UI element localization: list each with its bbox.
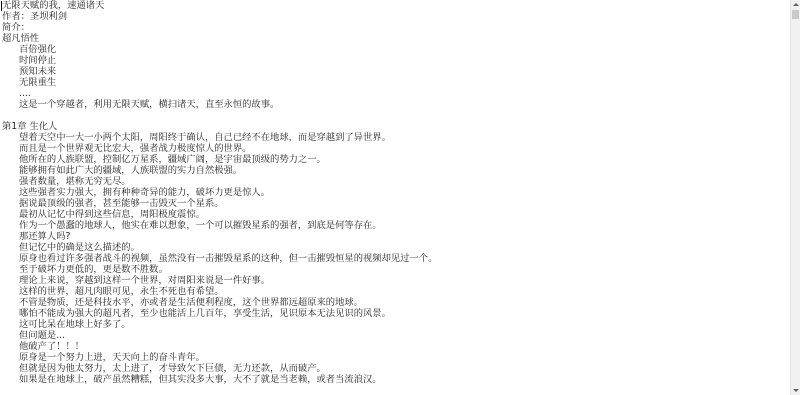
intro-heading: 超凡悟性 — [0, 33, 791, 44]
text-cursor — [1, 1, 2, 11]
paragraph: 但就是因为他太努力，太上进了，才导致欠下巨债，无力还款，从而破产。 — [0, 363, 791, 374]
paragraph: 这可比呆在地球上好多了。 — [0, 319, 791, 330]
paragraph: 强者数量，堪称无穷无尽。 — [0, 176, 791, 187]
paragraph: 但问题是... — [0, 330, 791, 341]
intro-item: 无限重生 — [0, 77, 791, 88]
paragraph: 他所在的人族联盟，控制亿万星系，疆域广阔，是宇宙最顶级的势力之一。 — [0, 154, 791, 165]
intro-item: 预知未来 — [0, 66, 791, 77]
paragraph: 如果是在地球上，破产虽然糟糕，但其实没多大事，大不了就是当老赖，或者当流浪汉。 — [0, 374, 791, 385]
paragraph — [0, 385, 791, 395]
vertical-scrollbar[interactable] — [790, 0, 800, 395]
paragraph: 最初从记忆中得到这些信息，周阳极度震惊。 — [0, 209, 791, 220]
chapter-title: 第1章 生化人 — [0, 121, 791, 132]
paragraph: 但记忆中的确是这么描述的。 — [0, 242, 791, 253]
intro-item: 百倍强化 — [0, 44, 791, 55]
paragraph: 望着天空中一大一小两个太阳，周阳终于确认，自己已经不在地球，而是穿越到了异世界。 — [0, 132, 791, 143]
blank-line — [0, 110, 791, 121]
intro-label: 简介： — [0, 22, 791, 33]
paragraph: 他破产了！！！ — [0, 341, 791, 352]
paragraph: 原身是一个努力上进，天天向上的奋斗青年。 — [0, 352, 791, 363]
intro-summary: 这是一个穿越者，利用无限天赋，横扫诸天，直至永恒的故事。 — [0, 99, 791, 110]
book-author: 作者：圣坝利剑 — [0, 11, 791, 22]
arrow-up-icon — [793, 3, 799, 6]
intro-item: 时间停止 — [0, 55, 791, 66]
paragraph: 理论上来说，穿越到这样一个世界，对周阳来说是一件好事。 — [0, 275, 791, 286]
paragraph: 那还算人吗? — [0, 231, 791, 242]
text-editor[interactable]: 无限天赋的我，速通诸天 作者：圣坝利剑 简介： 超凡悟性 百倍强化 时间停止 预… — [0, 0, 791, 395]
paragraph: 至于破坏力更低的，更是数不胜数。 — [0, 264, 791, 275]
paragraph: 这些强者实力强大，拥有种种奇异的能力，破坏力更是惊人。 — [0, 187, 791, 198]
paragraph: 能够拥有如此广大的疆域，人族联盟的实力自然极强。 — [0, 165, 791, 176]
paragraph: 作为一个愚蠢的地球人，他实在难以想象，一个可以摧毁星系的强者，到底是何等存在。 — [0, 220, 791, 231]
scroll-down-button[interactable] — [791, 386, 800, 395]
paragraph: 原身也看过许多强者战斗的视频，虽然没有一击摧毁星系的这种，但一击摧毁恒星的视频却… — [0, 253, 791, 264]
paragraph: 不管是物质，还是科技水平，亦或者是生活便利程度，这个世界都远超原来的地球。 — [0, 297, 791, 308]
paragraph: 据说最顶级的强者，甚至能够一击毁灭一个星系。 — [0, 198, 791, 209]
paragraph: 这样的世界，超凡肉眼可见，永生不死也有希望。 — [0, 286, 791, 297]
scroll-up-button[interactable] — [791, 0, 800, 9]
book-title: 无限天赋的我，速通诸天 — [0, 0, 791, 11]
paragraph: 而且是一个世界观无比宏大，强者战力极度惊人的世界。 — [0, 143, 791, 154]
paragraph: 哪怕不能成为强大的超凡者，至少也能活上几百年，享受生活，见识原本无法见识的风景。 — [0, 308, 791, 319]
arrow-down-icon — [793, 389, 799, 392]
intro-item: .... — [0, 88, 791, 99]
scrollbar-thumb[interactable] — [792, 10, 799, 19]
